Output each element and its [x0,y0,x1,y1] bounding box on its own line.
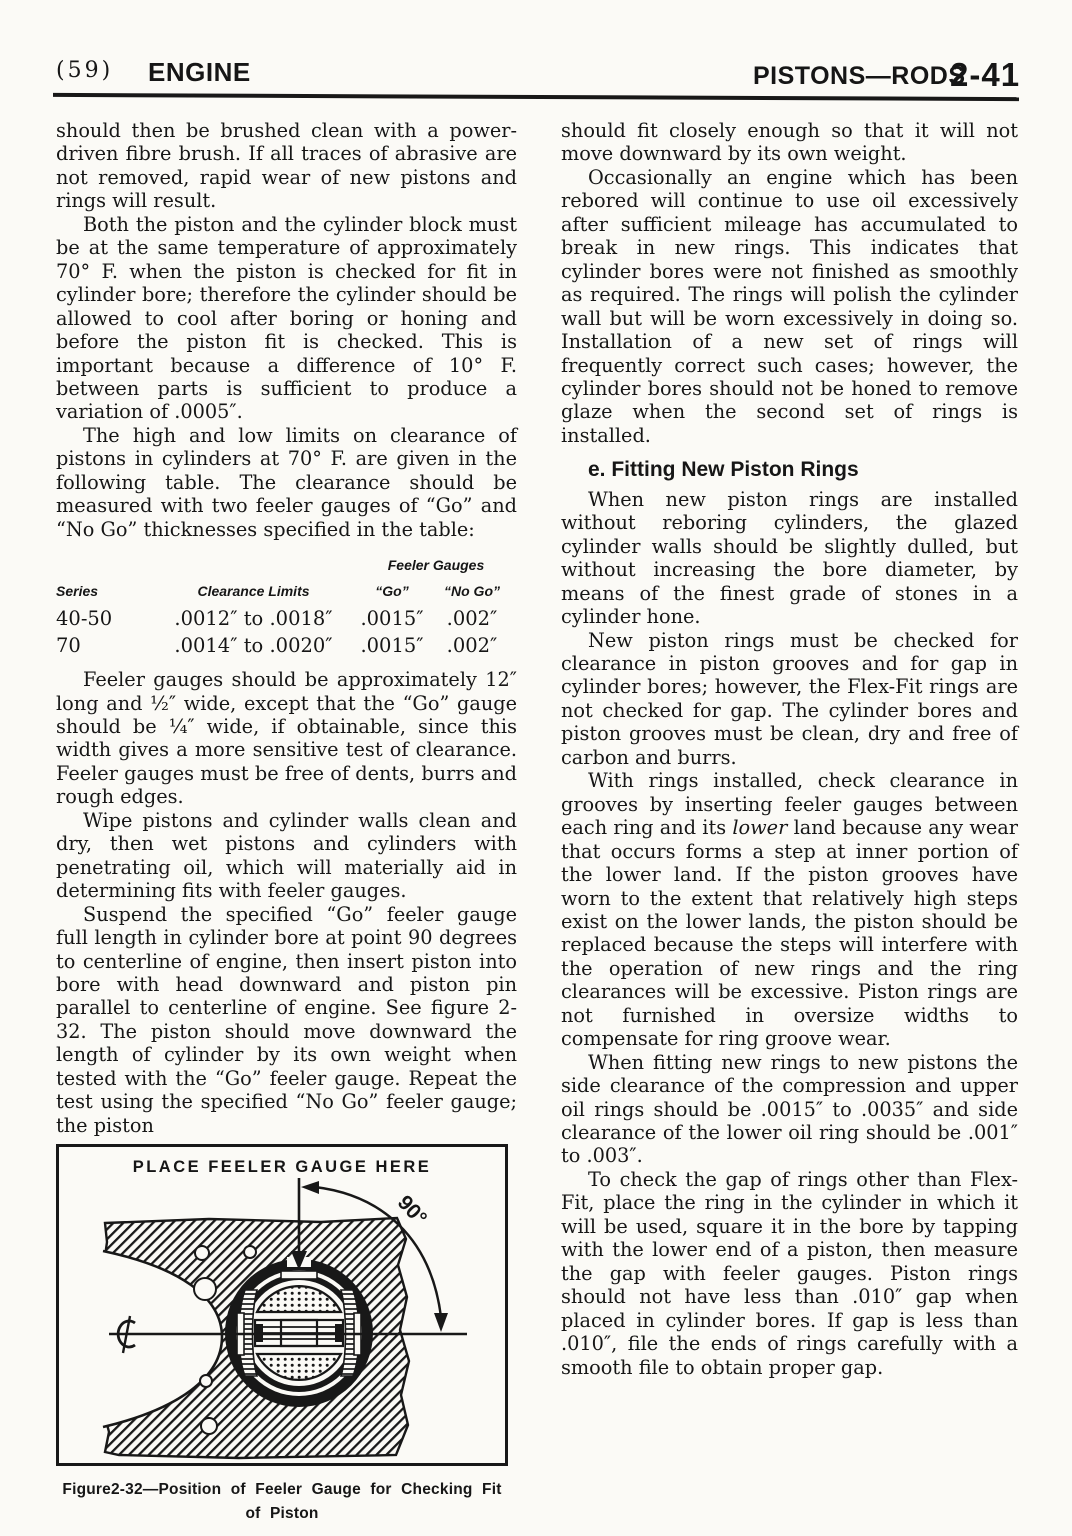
bolt-hole [244,1246,256,1258]
bolt-hole [194,1278,216,1300]
right-column-paragraphs-a: should fit closely enough so that it wil… [561,119,1018,447]
paragraph: Wipe pistons and cylinder walls clean an… [56,809,517,903]
paragraph: Both the piston and the cylinder block m… [56,213,517,424]
italic-text-run: lower [732,816,787,839]
paragraph: should then be brushed clean with a powe… [56,119,517,213]
text-run: land because any wear that occurs forms … [561,816,1018,1050]
header-section-left: ENGINE [148,57,251,88]
left-column-paragraphs-b: Feeler gauges should be approximately 12… [56,668,517,1137]
text-run: Suspend the specified “Go” feeler gauge … [56,903,517,1137]
paragraph: With rings installed, check clearance in… [561,769,1018,1050]
table-cell: .002″ [428,632,516,659]
header-page-ref: (59) [56,58,113,83]
spec-table-grid: Feeler Gauges Series Clearance Limits “G… [56,554,517,659]
text-run: Wipe pistons and cylinder walls clean an… [56,809,517,902]
figure-label: PLACE FEELER GAUGE HERE [59,1156,505,1179]
figure-2-32: PLACE FEELER GAUGE HERE 90° Figure2-32—P… [56,1144,517,1525]
bolt-hole [195,1246,209,1260]
text-run: Both the piston and the cylinder block m… [56,213,517,424]
header-rule [53,93,1019,101]
text-run: New piston rings must be checked for cle… [561,629,1018,769]
table-cell: .0014″ to .0020″ [151,632,356,659]
left-column-paragraphs-a: should then be brushed clean with a powe… [56,119,517,541]
table-col-nogo: “No Go” [428,580,516,605]
text-run: When new piston rings are installed with… [561,488,1018,628]
paragraph: The high and low limits on clearance of … [56,424,517,541]
bolt-hole [200,1375,212,1387]
table-col-clearance: Clearance Limits [151,580,356,605]
crown-land [281,1271,317,1279]
angle-arrow-left [301,1181,319,1194]
text-run: The high and low limits on clearance of … [56,424,517,541]
table-cell: .0015″ [356,605,428,632]
text-run: To check the gap of rings other than Fle… [561,1168,1018,1379]
table-col-go: “Go” [356,580,428,605]
text-run: When fitting new rings to new pistons th… [561,1051,1018,1168]
section-heading-fitting-new-piston-rings: e. Fitting New Piston Rings [588,458,1018,481]
table-cell: .0015″ [356,632,428,659]
left-column: should then be brushed clean with a powe… [56,119,517,1525]
paragraph: New piston rings must be checked for cle… [561,629,1018,770]
paragraph: When new piston rings are installed with… [561,488,1018,629]
bolt-hole [201,1418,217,1434]
text-run: Feeler gauges should be approximately 12… [56,668,517,808]
paragraph: When fitting new rings to new pistons th… [561,1051,1018,1168]
paragraph: Occasionally an engine which has been re… [561,166,1018,447]
figure-box: PLACE FEELER GAUGE HERE 90° [56,1144,508,1466]
right-column: should fit closely enough so that it wil… [561,119,1018,1379]
text-run: Occasionally an engine which has been re… [561,166,1018,447]
figure-caption: Figure2-32—Position of Feeler Gauge for … [56,1478,508,1525]
table-cell: .002″ [428,605,516,632]
paragraph: should fit closely enough so that it wil… [561,119,1018,166]
header-section-right: PISTONS—RODS [753,62,966,91]
angle-arrow-down [434,1313,448,1332]
table-cell: .0012″ to .0018″ [151,605,356,632]
table-group-header: Feeler Gauges [356,554,516,579]
right-column-paragraphs-b: When new piston rings are installed with… [561,488,1018,1379]
table-cell: 70 [56,632,151,659]
spec-table: Feeler Gauges Series Clearance Limits “G… [56,554,517,659]
piston-figure-illustration [59,1147,505,1463]
header-page-number: 2-41 [950,56,1020,94]
manual-page: (59) ENGINE PISTONS—RODS 2-41 should the… [0,0,1072,1536]
text-run: should fit closely enough so that it wil… [561,119,1018,165]
table-cell: 40-50 [56,605,151,632]
paragraph: Suspend the specified “Go” feeler gauge … [56,903,517,1138]
table-col-series: Series [56,580,151,605]
paragraph: Feeler gauges should be approximately 12… [56,668,517,809]
paragraph: To check the gap of rings other than Fle… [561,1168,1018,1379]
text-run: should then be brushed clean with a powe… [56,119,517,212]
